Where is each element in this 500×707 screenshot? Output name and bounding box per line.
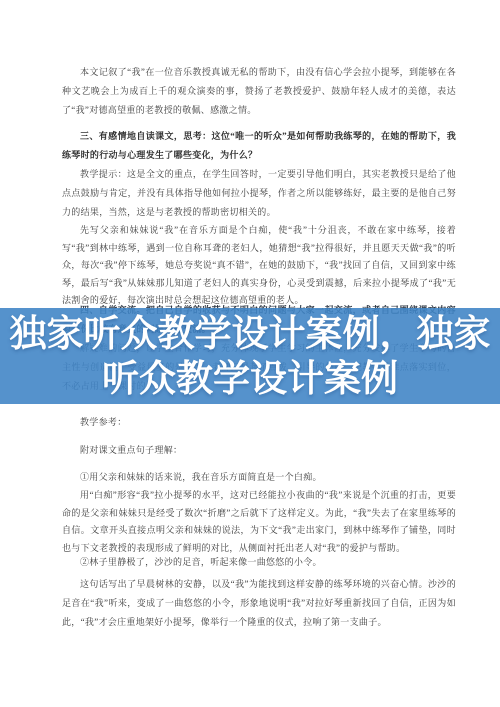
paragraph-quote2-analysis: 这句话写出了早晨树林的安静，以及“我”为能找到这样安静的练琴环境的兴奋心情。沙沙…	[62, 575, 456, 632]
quote-sentence-1: ①用父亲和妹妹的话来说，我在音乐方面简直是一个白痴。	[62, 468, 456, 487]
paragraph-teaching-tip: 教学提示：这是全文的重点，在学生回答时，一定要引导他们明白，其实老教授只是给了他…	[62, 165, 456, 222]
title-banner-overlay: 独家听众教学设计案例，独家 听众教学设计案例	[0, 308, 500, 404]
paragraph-summary: 本文记叙了“我”在一位音乐教授真诚无私的帮助下，由没有信心学会拉小提琴，到能够在…	[62, 63, 456, 120]
paragraph-quote1-analysis: 用“白痴”形容“我”拉小提琴的水平，这对已经能拉小夜曲的“我”来说是个沉重的打击…	[62, 487, 456, 557]
label-teaching-reference: 教学参考：	[62, 413, 456, 432]
banner-title-line-1: 独家听众教学设计案例，独家	[10, 311, 491, 356]
heading-section-3: 三、有感情地自读课文，思考：这位“唯一的听众”是如何帮助我练琴的，在她的帮助下，…	[62, 127, 456, 165]
banner-title-line-2: 听众教学设计案例	[102, 356, 398, 401]
document-lower-content: 教学参考： 附对课文重点句子理解： ①用父亲和妹妹的话来说，我在音乐方面简直是一…	[62, 413, 456, 632]
paragraph-plot-outline: 先写父亲和妹妹说“我”在音乐方面是个白痴，使“我”十分沮丧，不敢在家中练琴，接着…	[62, 222, 456, 310]
document-page: 本文记叙了“我”在一位音乐教授真诚无私的帮助下，由没有信心学会拉小提琴，到能够在…	[0, 0, 500, 707]
label-key-sentences: 附对课文重点句子理解：	[62, 441, 456, 460]
